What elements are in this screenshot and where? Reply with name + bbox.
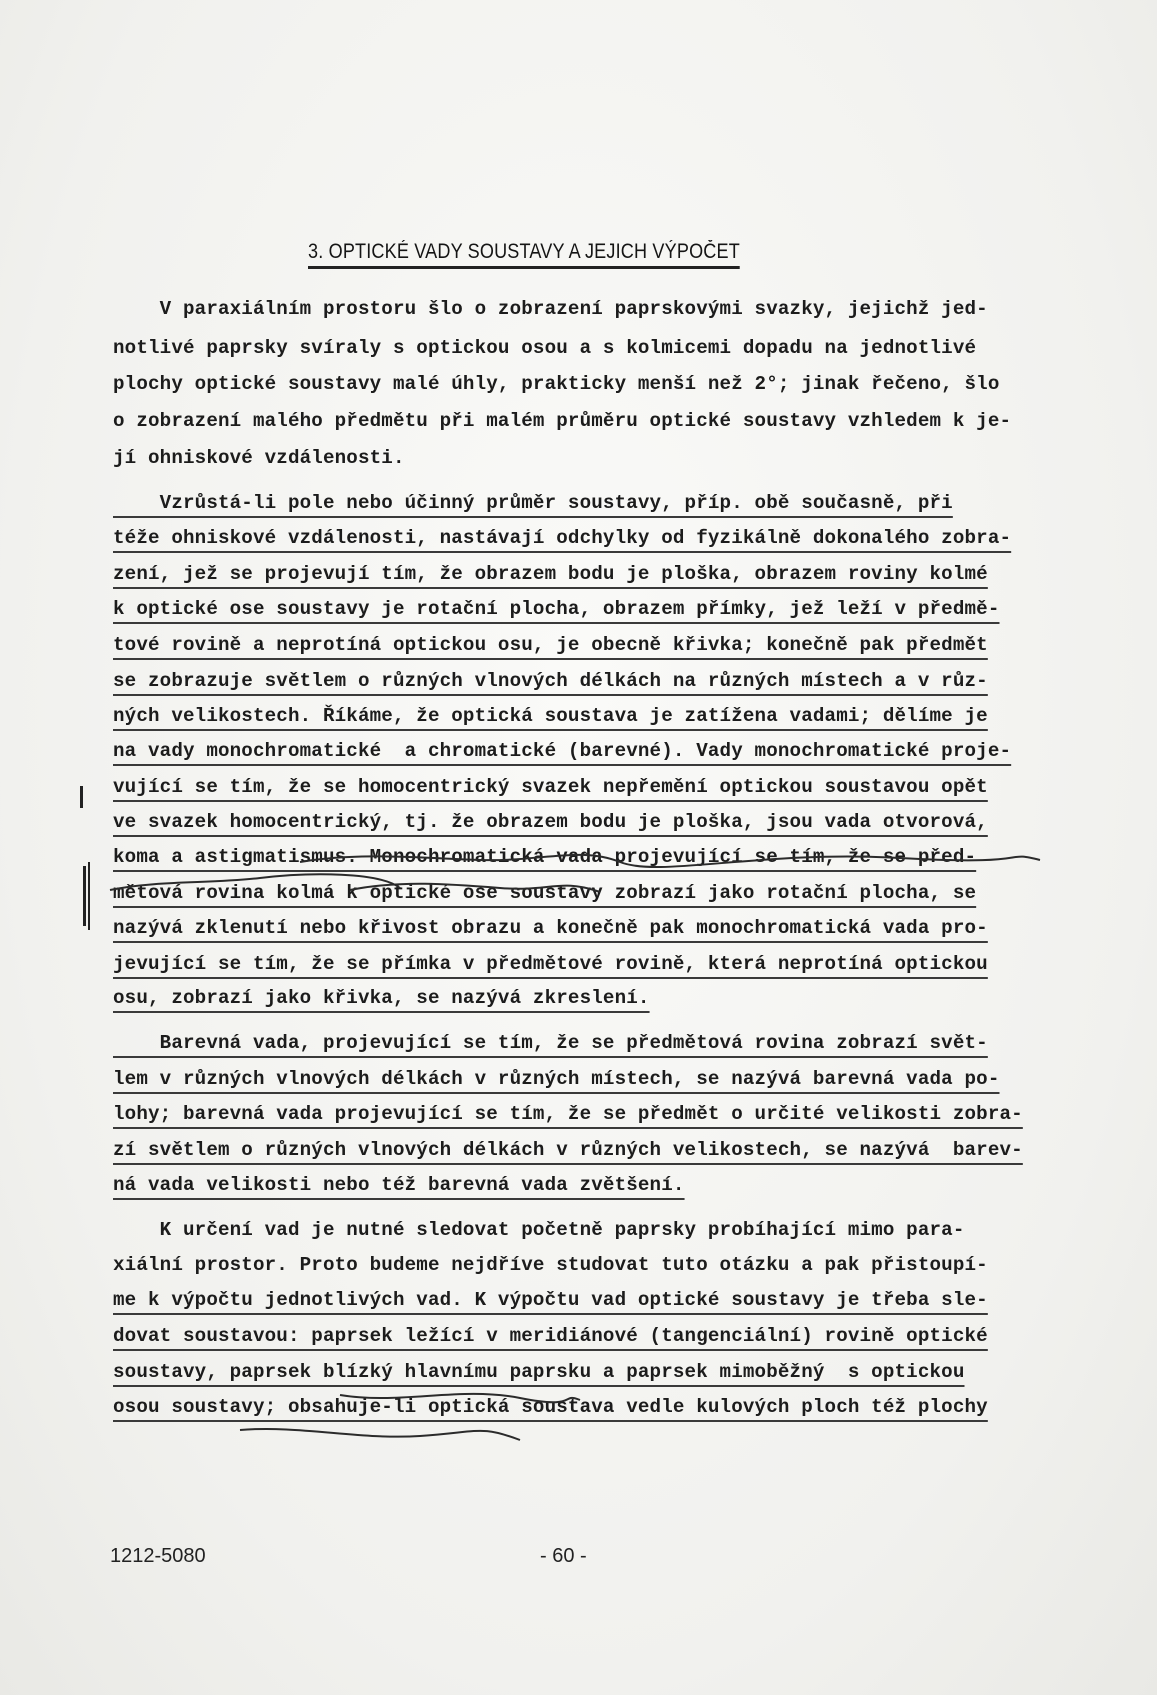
text-line: notlivé paprsky svíraly s optickou osou … (113, 337, 976, 359)
text-line: zí světlem o různých vlnových délkách v … (113, 1139, 1023, 1161)
text-line: plochy optické soustavy malé úhly, prakt… (113, 373, 1000, 395)
chapter-title: 3. OPTICKÉ VADY SOUSTAVY A JEJICH VÝPOČE… (308, 240, 740, 269)
text-line: osu, zobrazí jako křivka, se nazývá zkre… (113, 987, 650, 1009)
text-line: ných velikostech. Říkáme, že optická sou… (113, 705, 988, 727)
text-line: V paraxiálním prostoru šlo o zobrazení p… (113, 298, 988, 320)
margin-mark (80, 786, 83, 808)
text-line: o zobrazení malého předmětu při malém pr… (113, 410, 1011, 432)
text-line: lem v různých vlnových délkách v různých… (113, 1068, 1000, 1090)
text-line: téže ohniskové vzdálenosti, nastávají od… (113, 527, 1011, 549)
text-line: ve svazek homocentrický, tj. že obrazem … (113, 811, 988, 833)
text-line: me k výpočtu jednotlivých vad. K výpočtu… (113, 1289, 988, 1311)
text-line: na vady monochromatické a chromatické (b… (113, 740, 1011, 762)
text-line: mětová rovina kolmá k optické ose sousta… (113, 882, 976, 904)
document-code: 1212-5080 (110, 1545, 206, 1568)
text-line: zení, jež se projevují tím, že obrazem b… (113, 563, 988, 585)
text-line: ná vada velikosti nebo též barevná vada … (113, 1174, 685, 1196)
text-line: Barevná vada, projevující se tím, že se … (113, 1032, 988, 1054)
text-line: se zobrazuje světlem o různých vlnových … (113, 670, 988, 692)
document-page: 3. OPTICKÉ VADY SOUSTAVY A JEJICH VÝPOČE… (0, 0, 1157, 1695)
text-line: Vzrůstá-li pole nebo účinný průměr soust… (113, 492, 953, 514)
text-line: dovat soustavou: paprsek ležící v meridi… (113, 1325, 988, 1347)
text-line: tové rovině a neprotíná optickou osu, je… (113, 634, 988, 656)
text-line: osou soustavy; obsahuje-li optická soust… (113, 1396, 988, 1418)
text-line: K určení vad je nutné sledovat početně p… (113, 1219, 965, 1241)
margin-mark (88, 862, 90, 930)
text-line: k optické ose soustavy je rotační plocha… (113, 598, 1000, 620)
text-line: jí ohniskové vzdálenosti. (113, 447, 405, 469)
text-line: koma a astigmatismus. Monochromatická va… (113, 846, 976, 868)
margin-mark (83, 866, 86, 926)
text-line: xiální prostor. Proto budeme nejdříve st… (113, 1254, 988, 1276)
text-line: jevující se tím, že se přímka v předměto… (113, 953, 988, 975)
text-line: lohy; barevná vada projevující se tím, ž… (113, 1103, 1023, 1125)
text-line: soustavy, paprsek blízký hlavnímu paprsk… (113, 1361, 965, 1383)
text-line: nazývá zklenutí nebo křivost obrazu a ko… (113, 917, 988, 939)
text-line: vující se tím, že se homocentrický svaze… (113, 776, 988, 798)
page-number: - 60 - (540, 1545, 587, 1568)
